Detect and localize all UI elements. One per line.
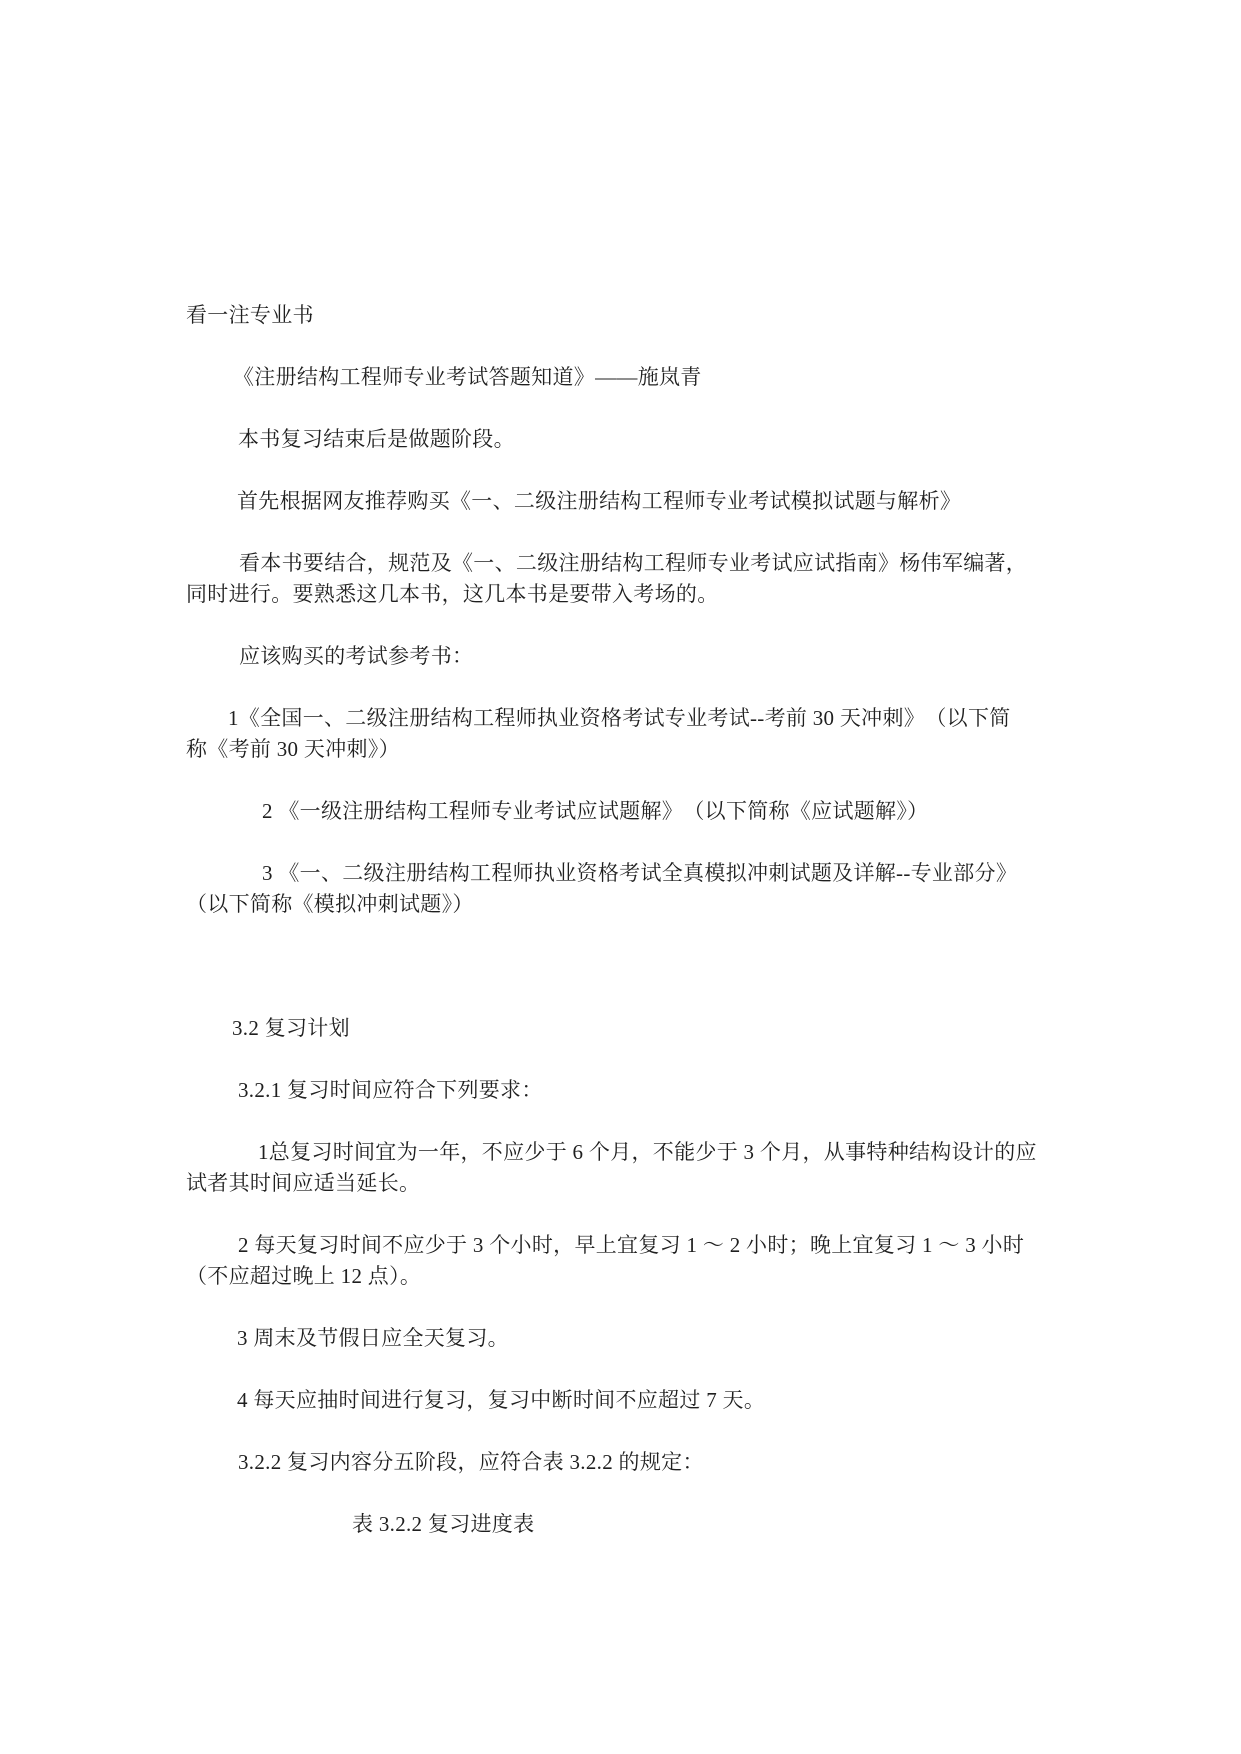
text-line: （不应超过晚上 12 点）。 <box>186 1261 1086 1292</box>
text-line: 称《考前 30 天冲刺》） <box>186 734 1086 765</box>
paragraph: 3 周末及节假日应全天复习。 <box>186 1323 1086 1354</box>
paragraph: 《注册结构工程师专业考试答题知道》——施岚青 <box>186 362 1086 393</box>
paragraph: 3.2.1 复习时间应符合下列要求： <box>186 1075 1086 1106</box>
text-line: 2 《一级注册结构工程师专业考试应试题解》 （以下简称《应试题解》） <box>186 796 1086 827</box>
paragraph: 1总复习时间宜为一年，不应少于 6 个月，不能少于 3 个月，从事特种结构设计的… <box>186 1137 1086 1199</box>
text-line: 3.2.2 复习内容分五阶段，应符合表 3.2.2 的规定： <box>186 1447 1086 1478</box>
paragraph: 首先根据网友推荐购买《一、二级注册结构工程师专业考试模拟试题与解析》 <box>186 486 1086 517</box>
text-line: 试者其时间应适当延长。 <box>186 1168 1086 1199</box>
document-content: 看一注专业书《注册结构工程师专业考试答题知道》——施岚青本书复习结束后是做题阶段… <box>186 300 1086 1571</box>
text-line: 2 每天复习时间不应少于 3 个小时，早上宜复习 1 ～ 2 小时；晚上宜复习 … <box>186 1230 1086 1261</box>
paragraph: 3.2 复习计划 <box>186 1013 1086 1044</box>
text-line <box>186 951 1086 982</box>
text-line: 首先根据网友推荐购买《一、二级注册结构工程师专业考试模拟试题与解析》 <box>186 486 1086 517</box>
text-line: 看本书要结合，规范及《一、二级注册结构工程师专业考试应试指南》杨伟军编著， <box>186 548 1086 579</box>
text-line: 3 周末及节假日应全天复习。 <box>186 1323 1086 1354</box>
paragraph: 4 每天应抽时间进行复习，复习中断时间不应超过 7 天。 <box>186 1385 1086 1416</box>
text-line: 3 《一、二级注册结构工程师执业资格考试全真模拟冲刺试题及详解--专业部分》 <box>186 858 1086 889</box>
text-line: 4 每天应抽时间进行复习，复习中断时间不应超过 7 天。 <box>186 1385 1086 1416</box>
paragraph: 2 每天复习时间不应少于 3 个小时，早上宜复习 1 ～ 2 小时；晚上宜复习 … <box>186 1230 1086 1292</box>
text-line: 看一注专业书 <box>186 300 1086 331</box>
paragraph: 本书复习结束后是做题阶段。 <box>186 424 1086 455</box>
paragraph: 3.2.2 复习内容分五阶段，应符合表 3.2.2 的规定： <box>186 1447 1086 1478</box>
text-line: 同时进行。要熟悉这几本书，这几本书是要带入考场的。 <box>186 579 1086 610</box>
blank-line <box>186 951 1086 982</box>
text-line: 表 3.2.2 复习进度表 <box>186 1509 1086 1540</box>
text-line: （以下简称《模拟冲刺试题》） <box>186 889 1086 920</box>
paragraph: 看本书要结合，规范及《一、二级注册结构工程师专业考试应试指南》杨伟军编著，同时进… <box>186 548 1086 610</box>
table-caption: 表 3.2.2 复习进度表 <box>186 1509 1086 1540</box>
paragraph: 看一注专业书 <box>186 300 1086 331</box>
page: 看一注专业书《注册结构工程师专业考试答题知道》——施岚青本书复习结束后是做题阶段… <box>0 0 1241 1754</box>
paragraph: 2 《一级注册结构工程师专业考试应试题解》 （以下简称《应试题解》） <box>186 796 1086 827</box>
text-line: 1总复习时间宜为一年，不应少于 6 个月，不能少于 3 个月，从事特种结构设计的… <box>186 1137 1086 1168</box>
paragraph: 3 《一、二级注册结构工程师执业资格考试全真模拟冲刺试题及详解--专业部分》（以… <box>186 858 1086 920</box>
paragraph: 1《全国一、二级注册结构工程师执业资格考试专业考试--考前 30 天冲刺》 （以… <box>186 703 1086 765</box>
text-line: 应该购买的考试参考书： <box>186 641 1086 672</box>
text-line: 1《全国一、二级注册结构工程师执业资格考试专业考试--考前 30 天冲刺》 （以… <box>186 703 1086 734</box>
text-line: 本书复习结束后是做题阶段。 <box>186 424 1086 455</box>
paragraph: 应该购买的考试参考书： <box>186 641 1086 672</box>
text-line: 3.2 复习计划 <box>186 1013 1086 1044</box>
text-line: 《注册结构工程师专业考试答题知道》——施岚青 <box>186 362 1086 393</box>
text-line: 3.2.1 复习时间应符合下列要求： <box>186 1075 1086 1106</box>
